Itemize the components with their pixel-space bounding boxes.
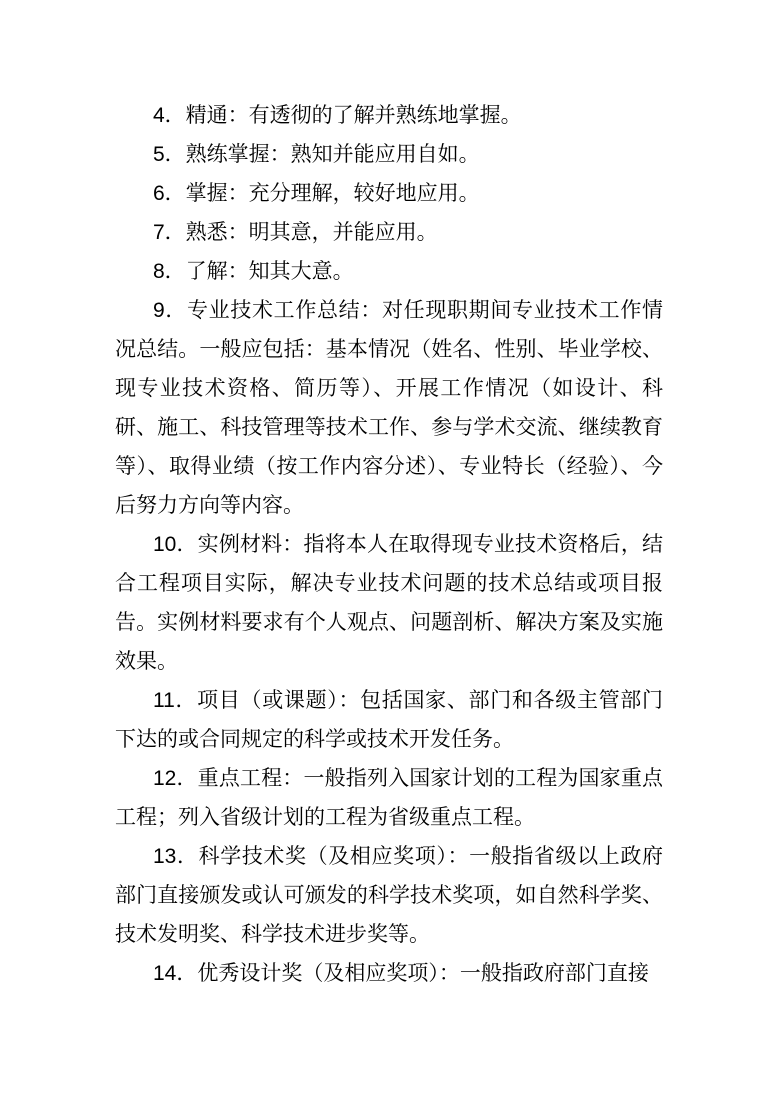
document-text-block: 4．精通：有透彻的了解并熟练地掌握。 5．熟练掌握：熟知并能应用自如。 6．掌握… [115,96,663,993]
paragraph-item-6: 6．掌握：充分理解，较好地应用。 [115,174,663,213]
paragraph-item-12: 12．重点工程：一般指列入国家计划的工程为国家重点工程；列入省级计划的工程为省级… [115,759,663,837]
paragraph-item-13: 13．科学技术奖（及相应奖项）：一般指省级以上政府部门直接颁发或认可颁发的科学技… [115,837,663,954]
paragraph-item-10: 10．实例材料：指将本人在取得现专业技术资格后，结合工程项目实际，解决专业技术问… [115,525,663,681]
paragraph-item-7: 7．熟悉：明其意，并能应用。 [115,213,663,252]
paragraph-item-11: 11．项目（或课题）：包括国家、部门和各级主管部门下达的或合同规定的科学或技术开… [115,681,663,759]
paragraph-item-9: 9．专业技术工作总结：对任现职期间专业技术工作情况总结。一般应包括：基本情况（姓… [115,291,663,525]
paragraph-item-4: 4．精通：有透彻的了解并熟练地掌握。 [115,96,663,135]
paragraph-item-8: 8．了解：知其大意。 [115,252,663,291]
paragraph-item-5: 5．熟练掌握：熟知并能应用自如。 [115,135,663,174]
document-page: 4．精通：有透彻的了解并熟练地掌握。 5．熟练掌握：熟知并能应用自如。 6．掌握… [0,0,777,1099]
paragraph-item-14: 14．优秀设计奖（及相应奖项）：一般指政府部门直接 [115,954,663,993]
